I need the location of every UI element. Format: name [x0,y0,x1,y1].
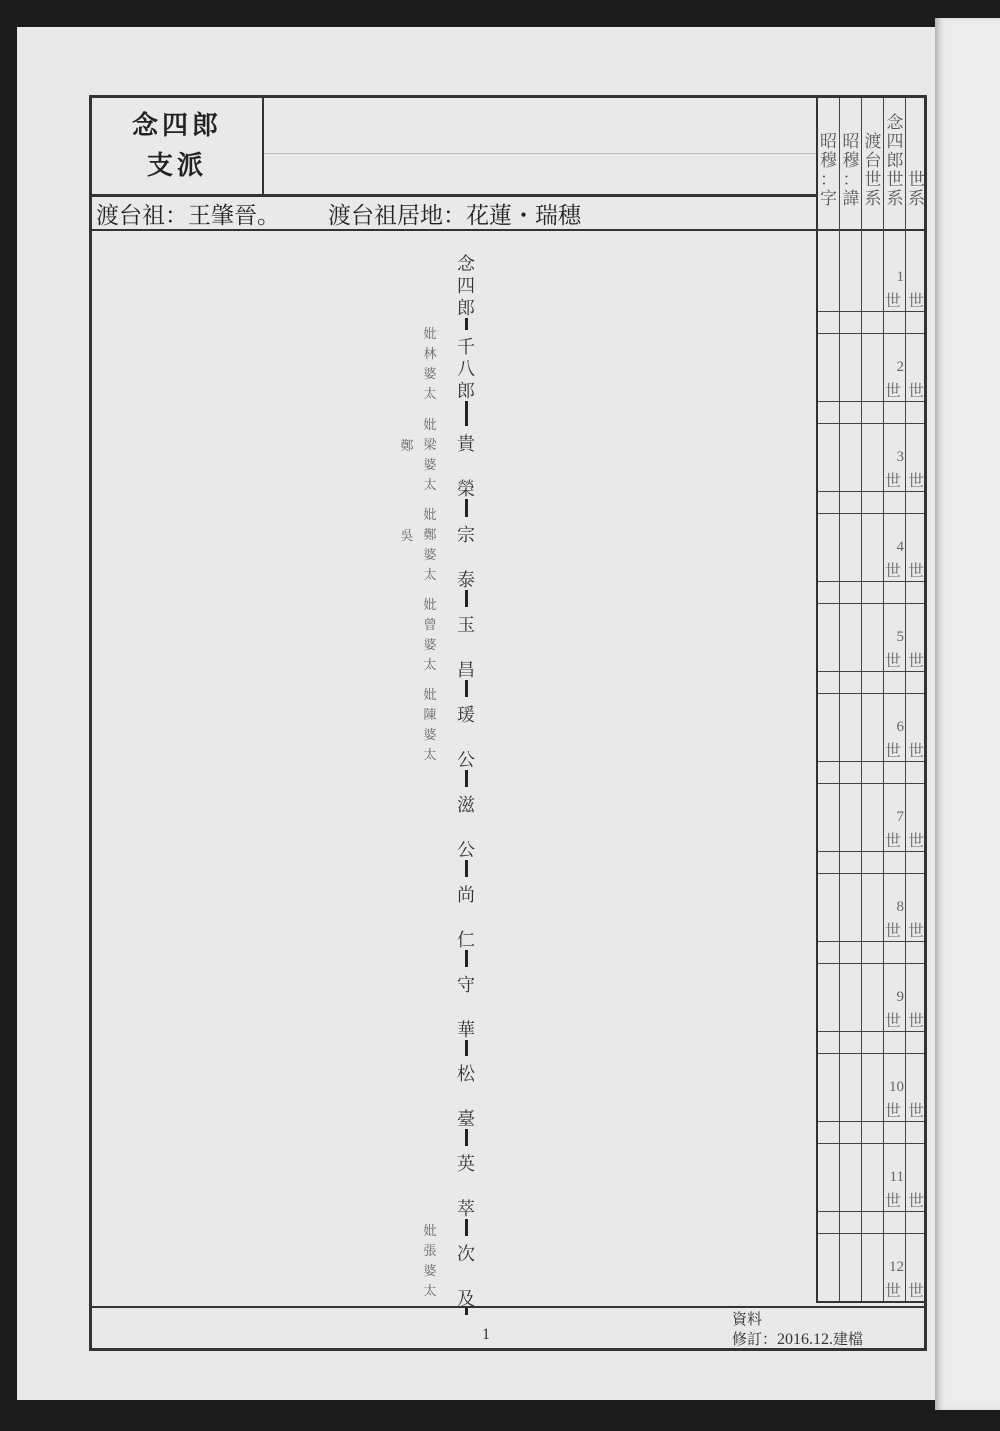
ancestor-name-char: 榮 [454,475,478,501]
row-divider [818,693,924,694]
generation-number: 7 [883,809,904,826]
generation-number: 2 [883,359,904,376]
generation-number: 4 [883,539,904,556]
row-divider [818,1233,924,1234]
ancestor-name-char: 仁 [454,926,478,952]
generation-shi-label: 世 [885,468,901,491]
ancestor-name-char: 華 [454,1016,478,1042]
ancestor-name-char: 臺 [454,1105,478,1131]
ancestor-name-char: 英 [454,1150,478,1176]
generation-shi-label: 世 [885,378,901,401]
ancestor-label: 渡台祖：王肇晉。 [96,197,280,230]
row-divider [818,851,924,852]
lineage-connector [465,680,468,697]
branch-title-box: 念四郎 支派 [92,98,264,194]
generation-shi-label: 世 [885,1278,901,1301]
lineage-connector [465,770,468,787]
branch-title-line1: 念四郎 [132,106,222,146]
generation-number: 12 [883,1259,904,1276]
lineage-connector [465,318,468,330]
ancestor-divider [92,229,816,231]
ancestor-name-char: 尚 [454,881,478,907]
spouse-annotation: 妣梁婆太 [422,416,438,496]
spouse-annotation: 妣林婆太 [422,325,438,405]
ancestor-info-row: 渡台祖：王肇晉。 渡台祖居地：花蓮・瑞穗 [96,197,811,229]
lineage-connector [465,1040,468,1056]
generation-shi-label: 世 [908,738,924,761]
ancestor-name-char: 滋 [454,791,478,817]
spouse-annotation: 妣曾婆太 [422,596,438,676]
generation-shi-label: 世 [885,648,901,671]
generation-shi-label: 世 [908,558,924,581]
lineage-connector [465,1129,468,1146]
row-divider [818,761,924,762]
footer-divider [92,1306,924,1308]
generation-shi-label: 世 [885,828,901,851]
generation-shi-label: 世 [908,918,924,941]
generation-shi-label: 世 [885,1188,901,1211]
generation-number: 9 [883,989,904,1006]
lineage-connector [465,950,468,967]
row-divider [818,941,924,942]
generation-number: 1 [883,269,904,286]
revision-note-line1: 資料 [732,1309,863,1329]
ancestor-name-char: 貴 [454,430,478,456]
row-divider [818,1211,924,1212]
branch-title-line2: 支派 [147,146,207,186]
generation-number: 5 [883,629,904,646]
generation-shi-label: 世 [908,648,924,671]
ancestor-name-char: 公 [454,836,478,862]
column-header-zhaomu_hui: 昭穆：諱 [840,98,862,229]
row-divider [818,491,924,492]
lineage-connector [465,590,468,607]
row-divider [818,963,924,964]
generation-shi-label: 世 [908,1008,924,1031]
row-divider [818,423,924,424]
ancestor-name-char: 昌 [454,656,478,682]
ancestor-name-char: 郎 [454,377,478,403]
ancestor-name-char: 郎 [454,294,478,320]
lineage-connector [465,860,468,877]
generation-shi-label: 世 [885,738,901,761]
row-divider [818,1031,924,1032]
lineage-connector [465,1219,468,1236]
generation-shi-label: 世 [885,288,901,311]
title-blank-area [264,98,816,194]
residence-label: 渡台祖居地：花蓮・瑞穗 [328,197,581,230]
ancestor-name-char: 泰 [454,566,478,592]
row-divider [818,401,924,402]
generation-shi-label: 世 [908,1188,924,1211]
column-header-dutai_shixi: 渡台世系 [862,98,884,229]
generation-shi-label: 世 [885,1008,901,1031]
row-divider [818,311,924,312]
row-divider [818,581,924,582]
spouse-annotation: 吳 [399,527,415,547]
generation-shi-label: 世 [908,1098,924,1121]
spouse-annotation: 鄭 [399,437,415,457]
spouse-annotation: 妣陳婆太 [422,686,438,766]
title-divider [264,153,816,154]
generation-shi-label: 世 [885,1098,901,1121]
row-divider [818,783,924,784]
column-header-shixi: 世系 [906,98,927,229]
row-divider [818,1143,924,1144]
generation-number: 6 [883,719,904,736]
generation-number: 3 [883,449,904,466]
ancestor-name-char: 次 [454,1240,478,1266]
generation-number: 8 [883,899,904,916]
lineage-connector [465,1307,468,1315]
generation-shi-label: 世 [885,918,901,941]
generation-number: 10 [883,1079,904,1096]
generation-shi-label: 世 [908,468,924,491]
row-divider [818,873,924,874]
lineage-connector [465,499,468,517]
row-divider [818,1121,924,1122]
row-divider [818,603,924,604]
ancestor-name-char: 守 [454,971,478,997]
spouse-annotation: 妣張婆太 [422,1222,438,1302]
lineage-connector [465,401,468,426]
row-divider [818,671,924,672]
generation-shi-label: 世 [908,288,924,311]
row-divider [818,333,924,334]
ancestor-name-char: 宗 [454,521,478,547]
revision-note-line2: 修訂：2016.12.建檔 [732,1329,863,1350]
ancestor-name-char: 玉 [454,611,478,637]
generation-shi-label: 世 [908,1278,924,1301]
revision-note: 資料 修訂：2016.12.建檔 [732,1309,863,1350]
generation-shi-label: 世 [885,558,901,581]
generation-shi-label: 世 [908,828,924,851]
generation-table: 昭穆：字昭穆：諱渡台世系念四郎世系世系1世世2世世3世世4世世5世世6世世7世世… [816,98,924,1301]
spouse-annotation: 妣鄭婆太 [422,506,438,586]
ancestor-name-char: 瑗 [454,701,478,727]
row-divider [818,513,924,514]
next-page-edge [935,18,1000,1410]
page-number: 1 [482,1326,490,1344]
generation-number: 11 [883,1169,904,1186]
genealogy-frame: 念四郎 支派 渡台祖：王肇晉。 渡台祖居地：花蓮・瑞穗 念四郎千八郎貴榮宗泰玉昌… [89,95,927,1351]
table-bottom-rule [816,1301,924,1303]
ancestor-name-char: 松 [454,1060,478,1086]
ancestor-name-char: 公 [454,746,478,772]
row-divider [818,1053,924,1054]
column-header-zhaomu_zi: 昭穆：字 [818,98,839,229]
generation-shi-label: 世 [908,378,924,401]
column-header-niansilang_shixi: 念四郎世系 [884,98,906,229]
ancestor-name-char: 萃 [454,1195,478,1221]
